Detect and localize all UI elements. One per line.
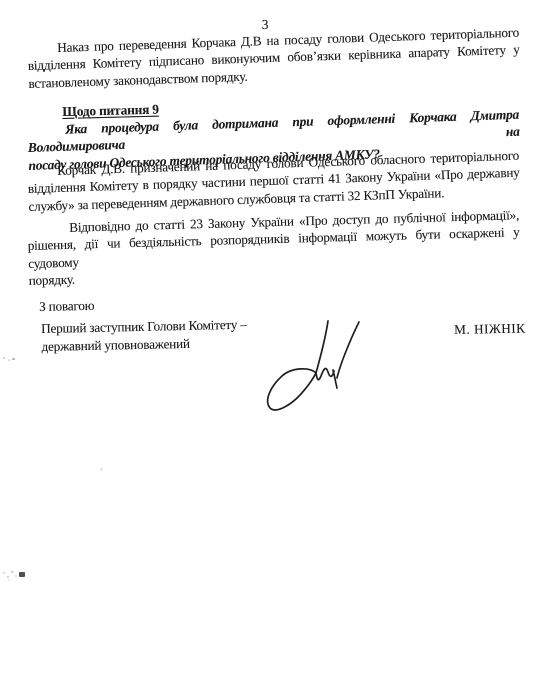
scan-artifact xyxy=(2,568,28,582)
paragraph-appeal-rights: Відповідно до статті 23 Закону України «… xyxy=(27,206,521,289)
signer-name: М. НІЖНІК xyxy=(454,320,526,339)
signature-salutation: З повагою xyxy=(39,297,95,316)
paragraph-order-transfer: Наказ про переведення Корчака Д.В на пос… xyxy=(27,24,520,93)
signer-title-line: державний уповноважений xyxy=(41,334,247,356)
scanned-document-page: 3 Наказ про переведення Корчака Д.В на п… xyxy=(0,0,551,685)
signer-title: Перший заступник Голови Комітету – держа… xyxy=(41,316,247,356)
handwritten-signature xyxy=(240,310,370,420)
scan-artifact xyxy=(100,468,104,472)
scan-artifact xyxy=(2,354,16,364)
